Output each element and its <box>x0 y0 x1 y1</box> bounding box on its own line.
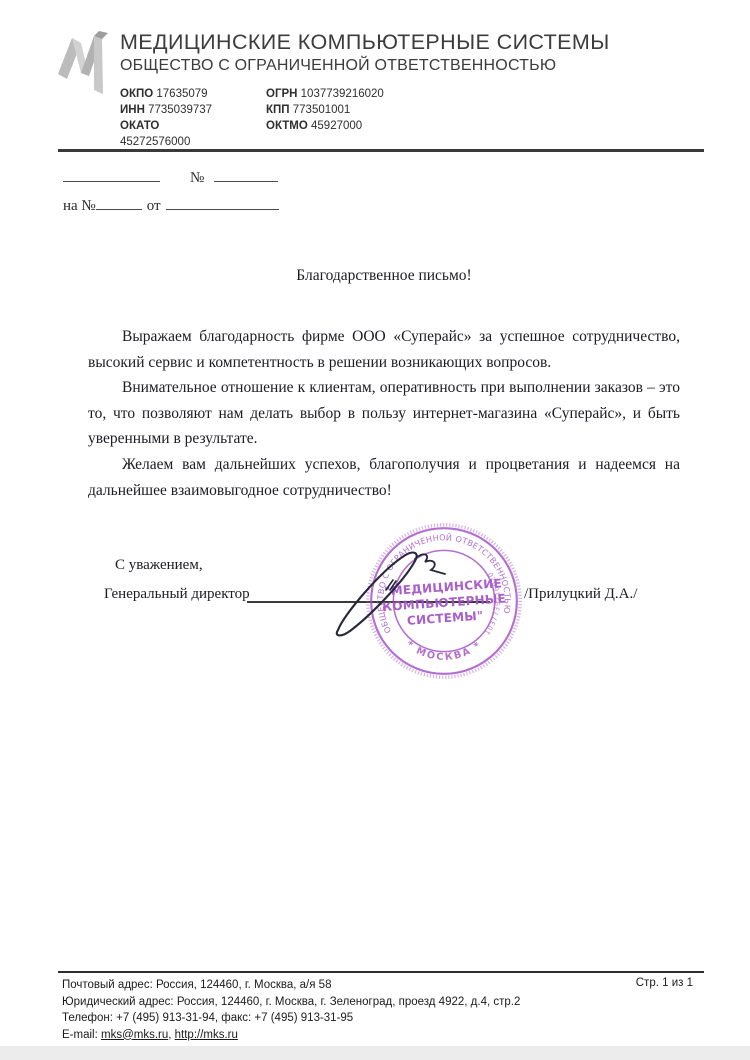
company-codes: ОКПО 17635079 ИНН 7735039737 ОКАТО 45272… <box>120 86 384 150</box>
number-sign: № <box>190 170 204 186</box>
signer-position: Генеральный директор <box>104 586 250 603</box>
date-blank-field <box>63 166 160 182</box>
page-indicator: Стр. 1 из 1 <box>636 977 693 989</box>
salutation: С уважением, <box>115 557 203 574</box>
signer-name: /Прилуцкий Д.А./ <box>524 586 637 603</box>
header-divider <box>58 149 704 152</box>
email-line: E-mail: mks@mks.ru, http://mks.ru <box>62 1027 662 1044</box>
phone-fax: Телефон: +7 (495) 913-31-94, факс: +7 (4… <box>62 1010 662 1027</box>
mks-logo-icon <box>56 24 118 98</box>
scan-edge-strip <box>0 1046 750 1060</box>
code-oktmo: ОКТМО 45927000 <box>266 118 384 134</box>
letter-title: Благодарственное письмо! <box>88 267 680 285</box>
letter-paragraph: Выражаем благодарность фирме ООО «Супера… <box>88 324 680 375</box>
footer-contacts: Почтовый адрес: Россия, 124460, г. Москв… <box>62 977 662 1043</box>
reply-prefix: на № <box>63 198 96 214</box>
letter-page: МЕДИЦИНСКИЕ КОМПЬЮТЕРНЫЕ СИСТЕМЫ ОБЩЕСТВ… <box>0 0 750 1060</box>
codes-column-right: ОГРН 1037739216020 КПП 773501001 ОКТМО 4… <box>266 86 384 150</box>
legal-address: Юридический адрес: Россия, 124460, г. Мо… <box>62 994 662 1011</box>
reply-reference-line: на №от <box>63 194 279 215</box>
code-inn: ИНН 7735039737 <box>120 102 232 118</box>
website-link[interactable]: http://mks.ru <box>175 1029 238 1041</box>
letter-paragraph: Желаем вам дальнейших успехов, благополу… <box>88 452 680 503</box>
reply-from-label: от <box>147 198 161 214</box>
letter-body: Выражаем благодарность фирме ООО «Супера… <box>88 324 680 503</box>
letter-paragraph: Внимательное отношение к клиентам, опера… <box>88 375 680 452</box>
number-blank-field <box>214 166 278 182</box>
company-name: МЕДИЦИНСКИЕ КОМПЬЮТЕРНЫЕ СИСТЕМЫ <box>120 30 680 55</box>
postal-address: Почтовый адрес: Россия, 124460, г. Москв… <box>62 977 662 994</box>
outgoing-number-line: № <box>63 166 278 187</box>
code-okpo: ОКПО 17635079 <box>120 86 232 102</box>
reply-number-blank-field <box>96 194 142 210</box>
code-ogrn: ОГРН 1037739216020 <box>266 86 384 102</box>
footer-divider <box>58 971 704 973</box>
code-kpp: КПП 773501001 <box>266 102 384 118</box>
director-signature-ink <box>330 544 452 638</box>
email-link[interactable]: mks@mks.ru <box>101 1029 168 1041</box>
code-okato: ОКАТО 45272576000 <box>120 118 232 150</box>
codes-column-left: ОКПО 17635079 ИНН 7735039737 ОКАТО 45272… <box>120 86 232 150</box>
reply-date-blank-field <box>166 194 279 210</box>
email-label: E-mail: <box>62 1029 101 1041</box>
company-legal-form: ОБЩЕСТВО С ОГРАНИЧЕННОЙ ОТВЕТСТВЕННОСТЬЮ <box>120 57 680 75</box>
